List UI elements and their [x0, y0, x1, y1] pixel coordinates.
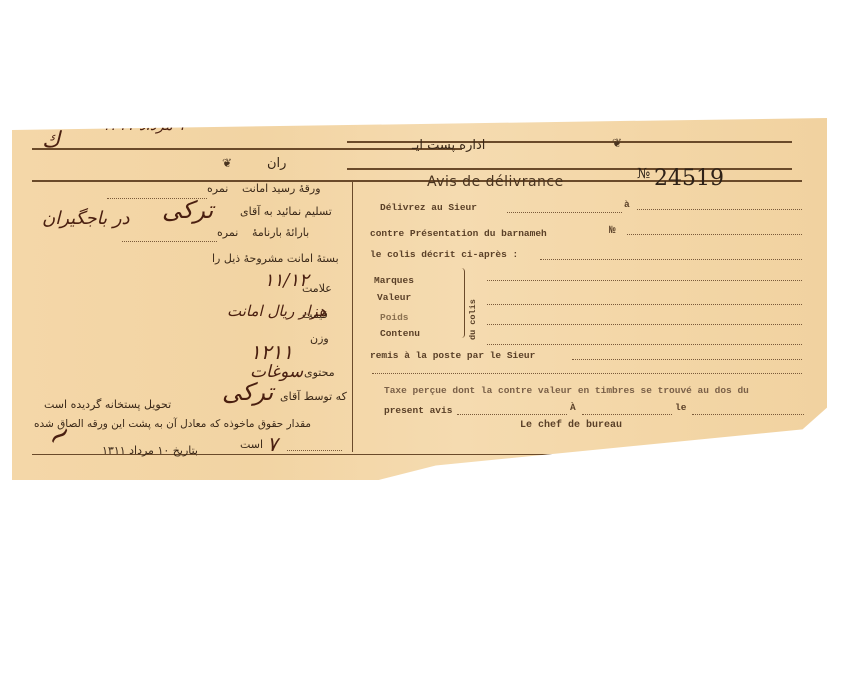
persian-line-2: تسلیم نمائید به آقای — [240, 205, 332, 218]
persian-line-4: بستهٔ امانت مشروحهٔ ذیل را — [212, 252, 339, 265]
persian-line-1: ورقهٔ رسید امانت — [242, 182, 321, 195]
handwritten-name: ترکی — [162, 196, 213, 224]
field-colis-line-4 — [487, 344, 802, 345]
label-le: le — [675, 402, 686, 413]
field-colis-line-1 — [487, 280, 802, 281]
field-remis — [572, 359, 802, 360]
persian-vazn: وزن — [310, 332, 329, 345]
header-rule-right-bottom — [347, 168, 792, 170]
receipt-number: 24519 — [654, 166, 724, 191]
persian-line-7: است — [240, 438, 263, 451]
no-symbol: № — [609, 225, 616, 237]
field-remis-line-2 — [372, 373, 802, 374]
handwritten-alamat: ۱۱/۱۲ — [264, 270, 309, 291]
field-sieur — [507, 212, 622, 213]
number-symbol: № — [637, 166, 650, 182]
persian-line-5-end: تحویل پستخانه گردیده است — [44, 398, 171, 411]
persian-line-3: بارائهٔ بارنامهٔ — [252, 226, 309, 239]
handwritten-location: در باجگیران — [42, 208, 130, 229]
persian-line-1-num: نمره — [207, 182, 228, 195]
label-delivrez: Délivrez au Sieur — [380, 202, 477, 213]
label-remis: remis à la poste par le Sieur — [370, 350, 535, 361]
label-marques: Marques — [374, 275, 414, 286]
persian-line-3-num: نمره — [217, 226, 238, 239]
persian-date: بتاریخ ۱۰ مرداد ۱۳۱۱ — [102, 444, 198, 457]
field-colis-line-2 — [487, 304, 802, 305]
field-barnameh — [627, 234, 802, 235]
field-a — [637, 209, 802, 210]
field-amount — [287, 450, 342, 451]
label-contenu: Contenu — [380, 328, 420, 339]
handwritten-vazn: ۱۲۱۱ — [250, 340, 293, 364]
field-colis-line-3 — [487, 324, 802, 325]
label-colis: le colis décrit ci-après : — [370, 249, 518, 260]
field-colis — [540, 259, 802, 260]
persian-mohtavi: محتوی — [304, 366, 335, 379]
ornament-icon: ❦ — [612, 136, 622, 150]
header-persian-left: ران — [267, 156, 286, 171]
postal-receipt-document: ۱۰ مرداد ۱۳۱۱ ك ❦ اداره پست ایـ ❦ ران Av… — [12, 118, 827, 480]
label-present: present avis — [384, 405, 452, 416]
header-persian-right: اداره پست ایـ — [412, 138, 485, 153]
field-a2 — [582, 414, 672, 415]
handwritten-sender: ترکی — [222, 378, 273, 406]
label-a2: À — [570, 402, 576, 413]
field-le — [692, 414, 804, 415]
label-a: à — [624, 199, 630, 210]
field-present — [457, 414, 567, 415]
handwritten-amount: ۷ — [267, 432, 278, 456]
brace — [458, 268, 465, 338]
label-du-colis: du colis — [468, 299, 478, 340]
bottom-persian-fragment: اداره پست — [512, 456, 561, 469]
form-title: Avis de délivrance — [427, 174, 564, 190]
persian-line-6: مقدار حقوق ماخوذه که معادل آن به پشت این… — [34, 418, 311, 430]
label-valeur: Valeur — [377, 292, 411, 303]
header-rule-left-top — [32, 148, 462, 150]
persian-line-5: که توسط آقای — [280, 390, 347, 403]
field-barnameh-num — [122, 241, 217, 242]
column-divider — [352, 182, 353, 452]
handwritten-qeymat: هزار ریال امانت — [227, 302, 327, 320]
label-poids: Poids — [380, 312, 409, 323]
top-handwritten-note: ۱۰ مرداد ۱۳۱۱ — [102, 116, 194, 134]
ornament-icon-left: ❦ — [222, 156, 232, 170]
label-chef: Le chef de bureau — [520, 420, 622, 431]
label-taxe: Taxe perçue dont la contre valeur en tim… — [384, 385, 749, 396]
label-contre: contre Présentation du barnameh — [370, 228, 547, 239]
